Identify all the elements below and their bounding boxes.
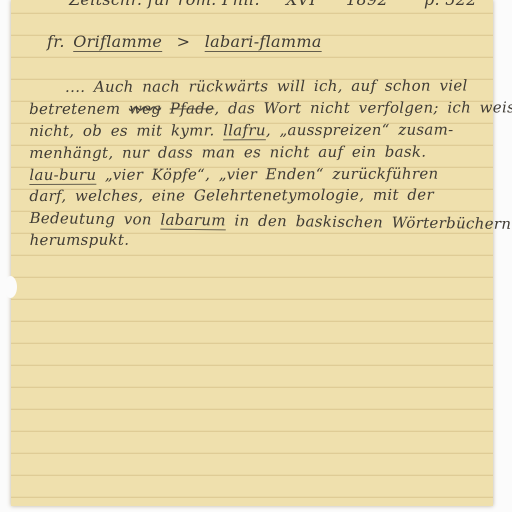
manuscript-paragraph: .... Auch nach rückwärts will ich, auf s… — [38, 75, 512, 252]
language-abbreviation: fr. — [47, 32, 65, 51]
manuscript-line: nicht, ob es mit kymr. llafru, „aussprei… — [29, 119, 512, 143]
manuscript-page: Zeitschr. für rom. Phil.XVI1892p. 522 fr… — [11, 0, 493, 506]
paper-edge-notch — [4, 276, 17, 298]
term-lau-buru: lau-buru — [29, 165, 96, 183]
manuscript-line: menhängt, nur dass man es nicht auf ein … — [29, 141, 512, 165]
etymology-heading: fr. Oriflamme > labari-flamma — [47, 32, 322, 51]
term-labarum: labarum — [160, 211, 226, 230]
manuscript-line: darf, welches, eine Gelehrtenetymologie,… — [29, 185, 512, 209]
manuscript-line: lau-buru „vier Köpfe“, „vier Enden“ zurü… — [29, 163, 512, 187]
term-labari-flamma: labari-flamma — [205, 32, 322, 51]
struck-out-word: Pfade — [170, 99, 215, 117]
manuscript-line: .... Auch nach rückwärts will ich, auf s… — [38, 75, 512, 99]
term-oriflamme: Oriflamme — [73, 32, 162, 51]
citation-line: Zeitschr. für rom. Phil.XVI1892p. 522 — [69, 0, 477, 9]
citation-source: Zeitschr. für rom. Phil. — [69, 0, 260, 9]
scanned-document: Zeitschr. für rom. Phil.XVI1892p. 522 fr… — [0, 0, 512, 512]
citation-page-ref: p. 522 — [424, 0, 477, 9]
citation-year: 1892 — [346, 0, 388, 9]
citation-volume: XVI — [286, 0, 316, 9]
term-llafru: llafru — [223, 121, 266, 139]
derivation-symbol: > — [177, 32, 191, 51]
struck-out-scribble: weg — [129, 99, 161, 117]
manuscript-line: betretenem weg Pfade, das Wort nicht ver… — [29, 97, 512, 121]
